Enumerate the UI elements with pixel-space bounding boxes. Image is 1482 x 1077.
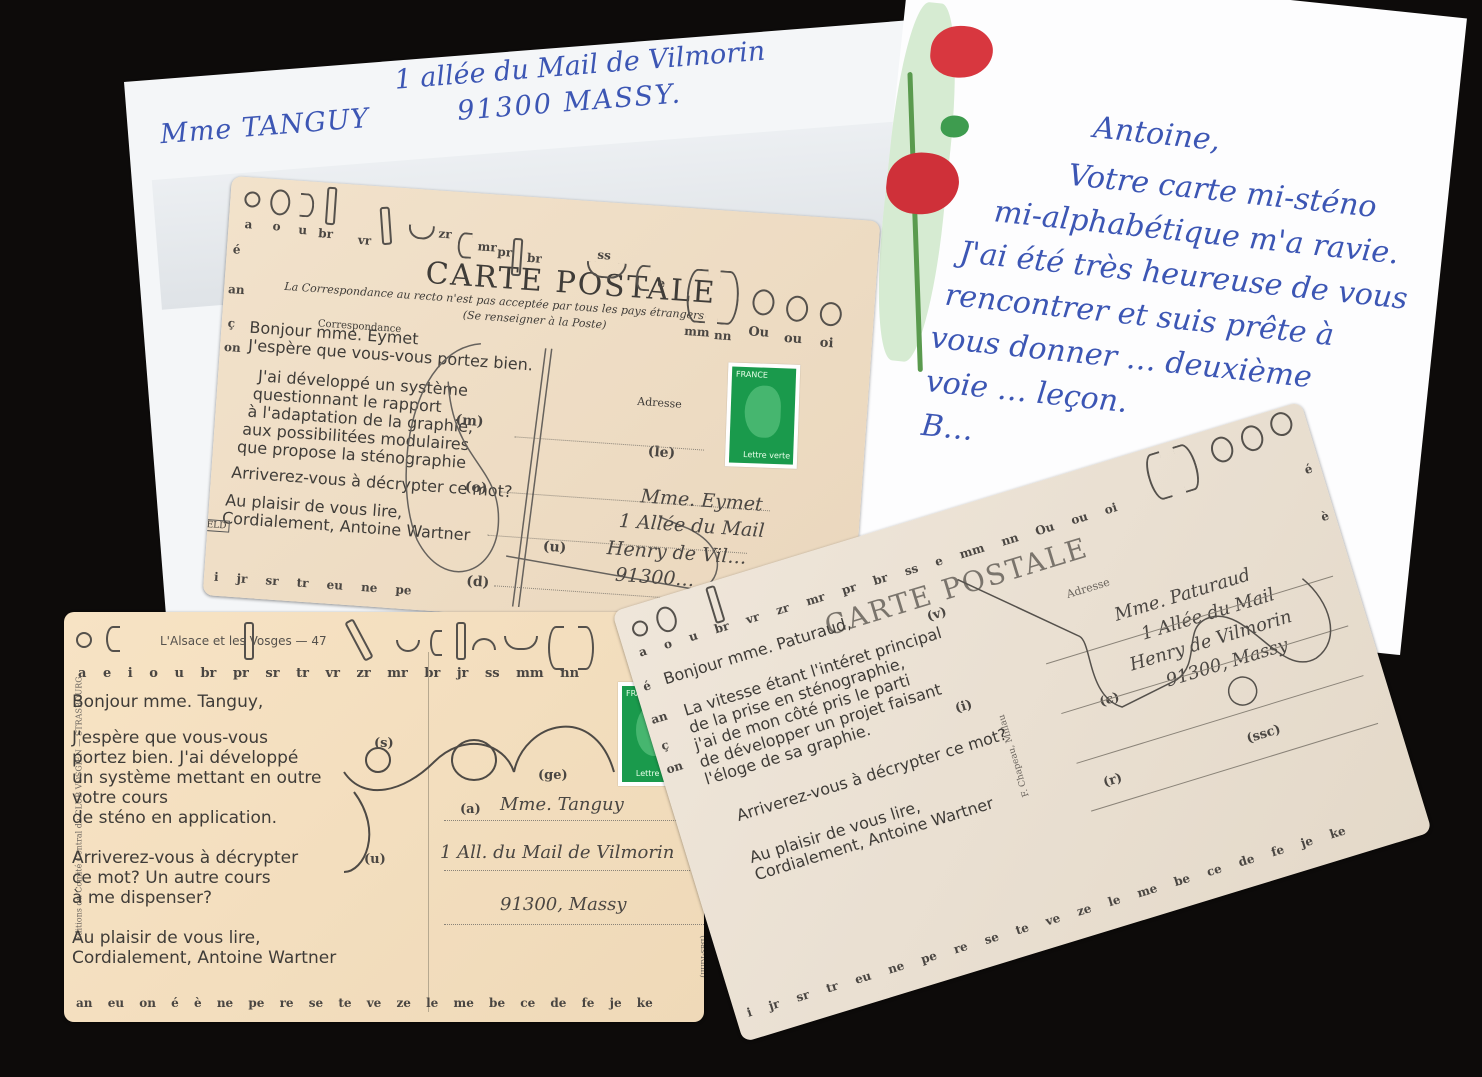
steno-paren-right-icon bbox=[717, 270, 741, 325]
steno-paren-right-icon bbox=[1172, 442, 1203, 493]
steno-oval-icon bbox=[819, 301, 843, 326]
steno-cap-icon bbox=[472, 638, 496, 650]
letter-line: Antoine, bbox=[1092, 110, 1222, 158]
steno-label: a bbox=[244, 217, 253, 232]
steno-oval-icon bbox=[1238, 423, 1267, 454]
card-body-line: votre cours bbox=[72, 788, 168, 808]
steno-label: mr bbox=[477, 239, 497, 254]
address-line: 91300, Massy bbox=[500, 894, 627, 915]
card-body-line: un système mettant en outre bbox=[72, 768, 321, 788]
steno-top-labels: a e i o u br pr sr tr vr zr mr br jr ss … bbox=[78, 666, 579, 681]
postage-stamp: FRANCE Lettre verte bbox=[725, 362, 801, 468]
steno-bar-icon bbox=[380, 207, 393, 246]
steno-bottom-labels: an eu on é è ne pe re se te ve ze le me … bbox=[76, 996, 653, 1010]
steno-arc-icon bbox=[299, 193, 315, 218]
address-line: Mme. Tanguy bbox=[500, 794, 624, 815]
steno-label: ç bbox=[659, 738, 670, 754]
steno-bar-icon bbox=[705, 585, 726, 624]
region-side-text: (Bas-Rhin) bbox=[699, 935, 704, 978]
steno-oval-icon bbox=[1267, 409, 1295, 438]
steno-crescent-icon bbox=[106, 626, 120, 652]
steno-label: oi bbox=[819, 335, 834, 351]
steno-label: é bbox=[232, 242, 241, 256]
steno-label: u bbox=[298, 223, 308, 238]
steno-circle-icon bbox=[630, 619, 650, 639]
steno-crescent-icon bbox=[457, 232, 473, 259]
steno-label: br bbox=[318, 226, 334, 241]
publisher-mark: ELD bbox=[203, 519, 230, 533]
steno-label: an bbox=[228, 282, 245, 297]
envelope-recipient-name: Mme TANGUY bbox=[159, 103, 370, 150]
card-body-line: J'espère que vous-vous bbox=[72, 728, 268, 748]
card-body-line: à me dispenser? bbox=[72, 888, 212, 908]
card-body-line: ce mot? Un autre cours bbox=[72, 868, 271, 888]
steno-mark: (i) bbox=[953, 697, 974, 716]
address-line: 1 All. du Mail de Vilmorin bbox=[440, 842, 674, 863]
steno-label: on bbox=[665, 758, 685, 776]
steno-paren-left-icon bbox=[548, 626, 564, 670]
steno-label: ou bbox=[783, 331, 802, 347]
card-body-line: portez bien. J'ai développé bbox=[72, 748, 298, 768]
steno-label: zr bbox=[438, 227, 452, 242]
steno-label: vr bbox=[357, 233, 371, 248]
poppy-bud-icon bbox=[940, 114, 970, 139]
steno-oval-icon bbox=[752, 289, 776, 316]
steno-crescent-icon bbox=[635, 264, 651, 291]
steno-label: ç bbox=[227, 316, 235, 330]
steno-oval-icon bbox=[785, 295, 809, 322]
steno-label: é bbox=[1303, 461, 1314, 477]
steno-cup-icon bbox=[504, 636, 538, 650]
steno-oval-icon bbox=[1208, 434, 1237, 465]
steno-label: an bbox=[649, 709, 669, 727]
steno-label: o bbox=[272, 219, 281, 234]
card-body-line: de sténo en application. bbox=[72, 808, 277, 828]
steno-oval-icon bbox=[269, 189, 291, 216]
steno-oval-icon bbox=[653, 604, 680, 635]
steno-bar-icon bbox=[325, 187, 338, 226]
steno-label: é bbox=[641, 678, 652, 694]
steno-cup-icon bbox=[396, 640, 420, 652]
steno-label: on bbox=[224, 340, 242, 355]
steno-label: br bbox=[527, 251, 543, 266]
steno-cup-icon bbox=[408, 224, 435, 240]
postcard-tanguy: L'Alsace et les Vosges — 47 Editions du … bbox=[64, 612, 704, 1022]
steno-crescent-icon bbox=[430, 630, 442, 656]
marianne-portrait-icon bbox=[744, 385, 782, 438]
steno-bar-icon bbox=[456, 622, 466, 660]
steno-bar-icon bbox=[344, 618, 373, 662]
steno-circle-icon bbox=[244, 191, 261, 208]
steno-bar-icon bbox=[244, 622, 254, 660]
steno-label: pr bbox=[497, 245, 513, 260]
card-body-line: Arriverez-vous à décrypter bbox=[72, 848, 298, 868]
steno-label: è bbox=[1319, 509, 1330, 525]
steno-paren-right-icon bbox=[578, 626, 594, 670]
steno-circle-icon bbox=[76, 632, 92, 648]
steno-label: Ou bbox=[748, 324, 770, 340]
steno-label: e bbox=[657, 276, 666, 290]
letter-line: B… bbox=[920, 408, 975, 448]
card-body-line: Au plaisir de vous lire, bbox=[72, 928, 261, 948]
steno-label: ss bbox=[597, 248, 611, 263]
steno-paren-left-icon bbox=[1142, 451, 1173, 502]
steno-word-glyph bbox=[936, 465, 1375, 825]
card-greeting: Bonjour mme. Tanguy, bbox=[72, 692, 263, 712]
card-signature: Cordialement, Antoine Wartner bbox=[72, 948, 336, 968]
